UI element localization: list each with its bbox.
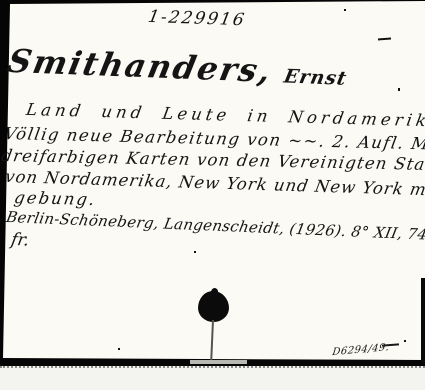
call-number: 1-229916 [146,7,247,30]
scan-speck [404,340,406,342]
title-line-5: gebung. [13,188,98,209]
scan-speck [118,348,120,350]
scan-speck [398,88,400,91]
scan-speck [194,251,196,253]
scanner-bottom-margin [0,366,425,390]
scan-right-edge [421,278,425,364]
format-note: fr. [9,230,30,251]
author-given-name: Ernst [282,66,349,90]
scan-edge-shadow [190,360,247,364]
punch-hole [198,291,229,322]
scanned-catalog-card-image: 1-229916 Smithanders, Ernst Land und Leu… [0,0,425,390]
scan-speck [344,9,346,11]
